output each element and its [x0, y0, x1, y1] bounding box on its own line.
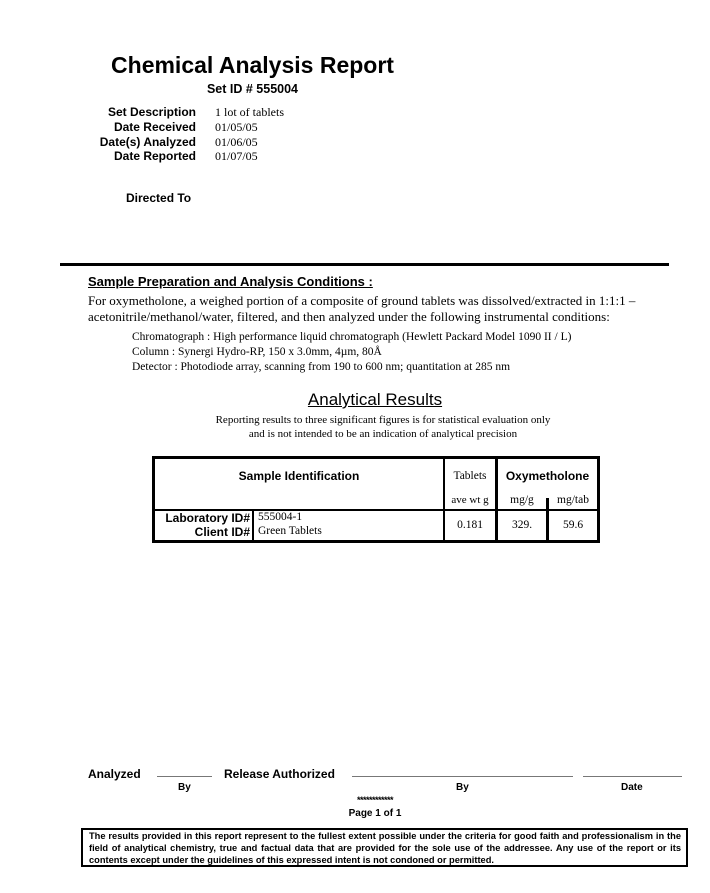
release-authorized-label: Release Authorized — [224, 767, 335, 781]
results-heading: Analytical Results — [0, 390, 710, 410]
set-id: Set ID # 555004 — [0, 82, 505, 96]
meta-set-description: Set Description 1 lot of tablets — [60, 105, 460, 120]
results-note-line: Reporting results to three significant f… — [0, 413, 710, 427]
meta-date-received: Date Received 01/05/05 — [60, 120, 460, 135]
meta-value: 01/05/05 — [215, 120, 258, 135]
client-id-value: Green Tablets — [258, 525, 322, 537]
results-note-line: and is not intended to be an indication … — [0, 427, 710, 441]
table-divider — [252, 510, 254, 540]
results-table: Sample Identification Tablets ave wt g O… — [152, 456, 600, 543]
meta-label: Date Received — [114, 120, 196, 134]
lab-id-value: 555004-1 — [258, 511, 302, 523]
section-divider — [60, 263, 669, 266]
release-signature-line — [352, 776, 573, 777]
report-title: Chemical Analysis Report — [0, 52, 505, 79]
analyzed-label: Analyzed — [88, 767, 141, 781]
meta-value: 01/06/05 — [215, 135, 258, 150]
condition-detector: Detector : Photodiode array, scanning fr… — [132, 361, 510, 373]
meta-value: 01/07/05 — [215, 149, 258, 164]
ave-wt-value: 0.181 — [445, 519, 495, 531]
header-mg-per-tab: mg/tab — [549, 494, 597, 506]
directed-to-label: Directed To — [126, 191, 191, 205]
date-label: Date — [621, 782, 643, 793]
condition-column: Column : Synergi Hydro-RP, 150 x 3.0mm, … — [132, 346, 382, 358]
results-note: Reporting results to three significant f… — [0, 413, 710, 441]
header-sample-identification: Sample Identification — [155, 469, 443, 483]
meta-label: Date Reported — [114, 149, 196, 163]
header-mg-per-g: mg/g — [498, 494, 546, 506]
separator-stars: ************ — [0, 795, 710, 805]
preparation-heading: Sample Preparation and Analysis Conditio… — [88, 274, 373, 289]
meta-dates-analyzed: Date(s) Analyzed 01/06/05 — [60, 135, 460, 150]
date-signature-line — [583, 776, 682, 777]
meta-date-reported: Date Reported 01/07/05 — [60, 149, 460, 164]
release-by-label: By — [456, 782, 469, 793]
preparation-text: For oxymetholone, a weighed portion of a… — [88, 293, 678, 325]
meta-value: 1 lot of tablets — [215, 105, 284, 120]
lab-id-label: Laboratory ID# — [155, 511, 250, 525]
disclaimer-box: The results provided in this report repr… — [81, 828, 688, 867]
header-oxymetholone: Oxymetholone — [498, 469, 597, 483]
mg-per-tab-value: 59.6 — [549, 519, 597, 531]
header-tablets: Tablets — [445, 470, 495, 482]
header-tablets-unit: ave wt g — [445, 494, 495, 506]
mg-per-g-value: 329. — [498, 519, 546, 531]
analyzed-signature-line — [157, 776, 212, 777]
analyzed-by-label: By — [178, 782, 191, 793]
client-id-label: Client ID# — [155, 525, 250, 539]
meta-label: Date(s) Analyzed — [100, 135, 196, 149]
meta-label: Set Description — [108, 105, 196, 119]
condition-chromatograph: Chromatograph : High performance liquid … — [132, 331, 571, 343]
page-number: Page 1 of 1 — [0, 808, 710, 819]
